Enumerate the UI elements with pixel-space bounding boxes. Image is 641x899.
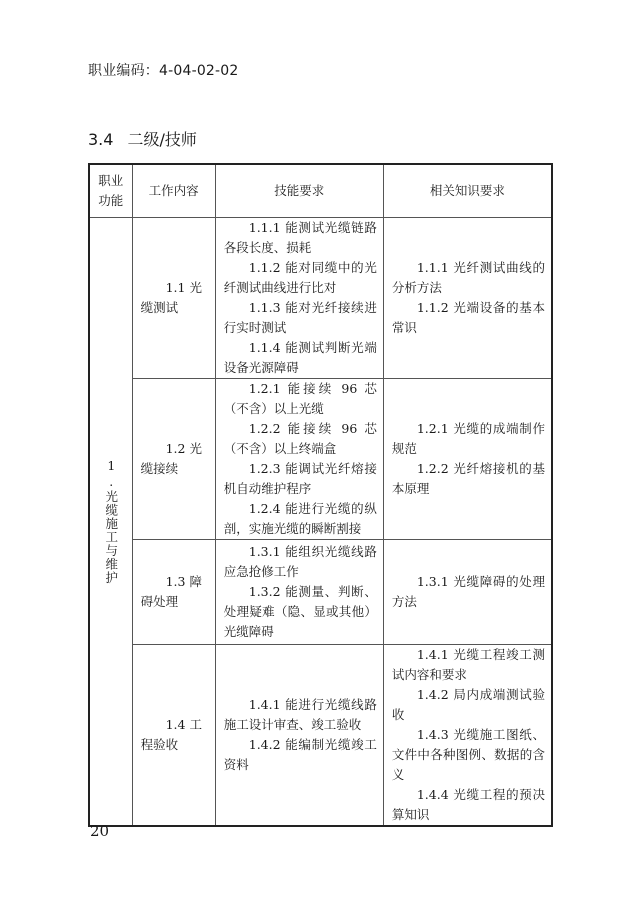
table-row: 1.4 工程验收 1.4.1 能进行光缆线路施工设计审查、竣工验收 1.4.2 … [89, 645, 552, 827]
knowledge-cell: 1.4.1 光缆工程竣工测试内容和要求 1.4.2 局内成端测试验收 1.4.3… [383, 645, 552, 827]
skill-item: 1.3.2 能测量、判断、处理疑难（隐、显或其他）光缆障碍 [224, 582, 377, 642]
knowledge-cell: 1.2.1 光缆的成端制作规范 1.2.2 光纤熔接机的基本原理 [383, 379, 552, 540]
knowledge-item: 1.2.2 光纤熔接机的基本原理 [392, 459, 545, 499]
section-heading: 3.4二级/技师 [88, 127, 197, 150]
skill-item: 1.1.2 能对同缆中的光纤测试曲线进行比对 [224, 258, 377, 298]
knowledge-item: 1.4.2 局内成端测试验收 [392, 685, 545, 725]
skill-item: 1.1.4 能测试判断光端设备光源障碍 [224, 338, 377, 378]
knowledge-item: 1.1.1 光纤测试曲线的分析方法 [392, 258, 545, 298]
work-content-cell: 1.2 光缆接续 [132, 379, 215, 540]
knowledge-item: 1.3.1 光缆障碍的处理方法 [392, 572, 545, 612]
knowledge-item: 1.4.3 光缆施工图纸、文件中各种图例、数据的含义 [392, 725, 545, 785]
table-row: 1.3 障碍处理 1.3.1 能组织光缆线路应急抢修工作 1.3.2 能测量、判… [89, 540, 552, 645]
knowledge-item: 1.4.4 光缆工程的预决算知识 [392, 785, 545, 825]
knowledge-item: 1.1.2 光端设备的基本常识 [392, 298, 545, 338]
skill-item: 1.4.2 能编制光缆竣工资料 [224, 735, 377, 775]
knowledge-cell: 1.3.1 光缆障碍的处理方法 [383, 540, 552, 645]
skills-cell: 1.2.1 能接续 96 芯（不含）以上光缆 1.2.2 能接续 96 芯（不含… [215, 379, 383, 540]
knowledge-item: 1.4.1 光缆工程竣工测试内容和要求 [392, 645, 545, 685]
skill-item: 1.3.1 能组织光缆线路应急抢修工作 [224, 542, 377, 582]
job-code: 职业编码：4-04-02-02 [88, 60, 239, 80]
skills-cell: 1.3.1 能组织光缆线路应急抢修工作 1.3.2 能测量、判断、处理疑难（隐、… [215, 540, 383, 645]
work-content-cell: 1.1 光缆测试 [132, 218, 215, 379]
work-content-cell: 1.3 障碍处理 [132, 540, 215, 645]
function-name: 光缆施工与维护 [104, 490, 119, 585]
table-row: 1.光缆施工与维护 1.1 光缆测试 1.1.1 能测试光缆链路各段长度、损耗 … [89, 218, 552, 379]
skill-standard-table: 职业功能 工作内容 技能要求 相关知识要求 1.光缆施工与维护 1.1 光缆测试… [88, 163, 553, 827]
page-number: 20 [90, 822, 109, 840]
knowledge-item: 1.2.1 光缆的成端制作规范 [392, 419, 545, 459]
col-header-work-content: 工作内容 [132, 164, 215, 218]
skill-item: 1.4.1 能进行光缆线路施工设计审查、竣工验收 [224, 695, 377, 735]
work-content-cell: 1.4 工程验收 [132, 645, 215, 827]
col-header-function: 职业功能 [89, 164, 132, 218]
knowledge-cell: 1.1.1 光纤测试曲线的分析方法 1.1.2 光端设备的基本常识 [383, 218, 552, 379]
skills-cell: 1.4.1 能进行光缆线路施工设计审查、竣工验收 1.4.2 能编制光缆竣工资料 [215, 645, 383, 827]
skill-item: 1.2.2 能接续 96 芯（不含）以上终端盒 [224, 419, 377, 459]
skill-item: 1.1.1 能测试光缆链路各段长度、损耗 [224, 218, 377, 258]
skill-item: 1.2.1 能接续 96 芯（不含）以上光缆 [224, 379, 377, 419]
function-label: 1.光缆施工与维护 [103, 458, 119, 585]
function-cell: 1.光缆施工与维护 [89, 218, 132, 827]
col-header-knowledge: 相关知识要求 [383, 164, 552, 218]
col-header-skills: 技能要求 [215, 164, 383, 218]
section-title: 二级/技师 [127, 130, 196, 149]
table-header-row: 职业功能 工作内容 技能要求 相关知识要求 [89, 164, 552, 218]
skills-cell: 1.1.1 能测试光缆链路各段长度、损耗 1.1.2 能对同缆中的光纤测试曲线进… [215, 218, 383, 379]
table-row: 1.2 光缆接续 1.2.1 能接续 96 芯（不含）以上光缆 1.2.2 能接… [89, 379, 552, 540]
skill-item: 1.2.3 能调试光纤熔接机自动维护程序 [224, 459, 377, 499]
skill-item: 1.1.3 能对光纤接续进行实时测试 [224, 298, 377, 338]
section-number: 3.4 [88, 130, 113, 149]
function-number: 1. [104, 458, 119, 490]
skill-item: 1.2.4 能进行光缆的纵剖，实施光缆的瞬断割接 [224, 499, 377, 539]
